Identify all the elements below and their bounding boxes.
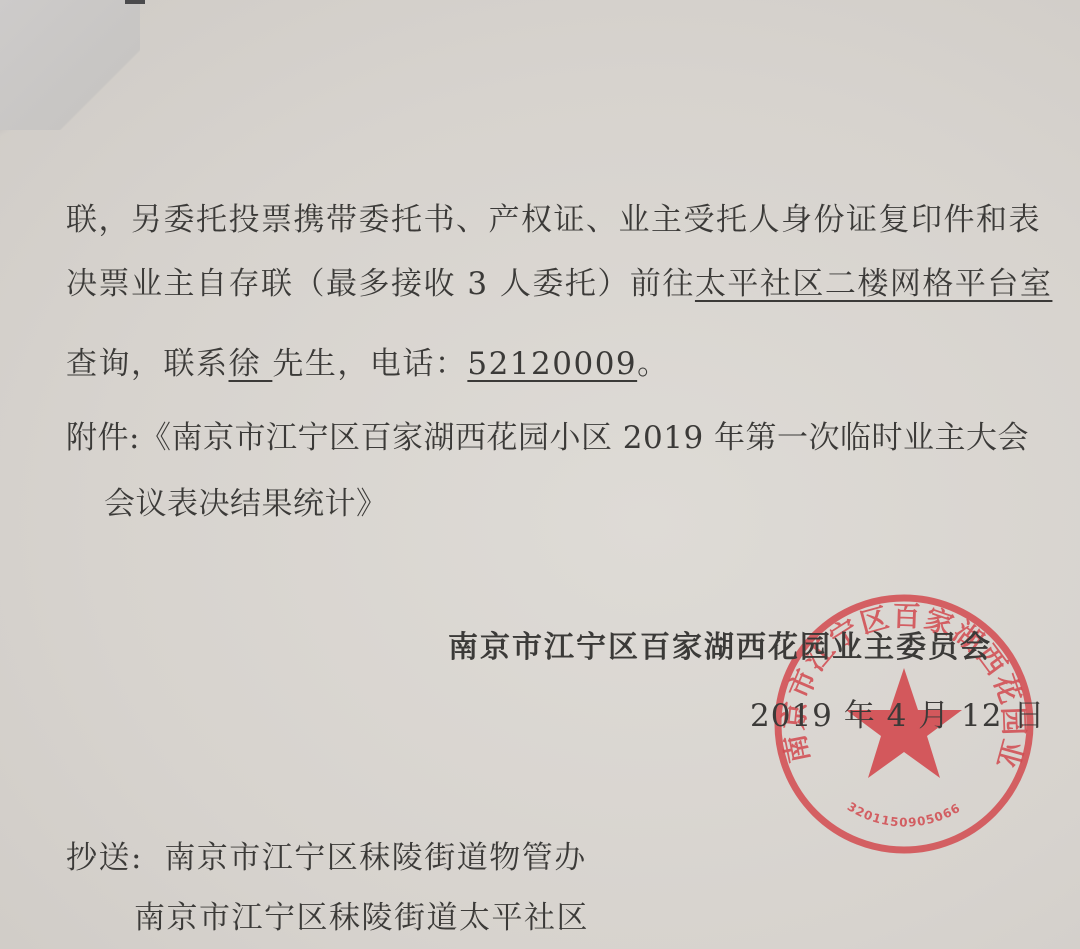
location-underlined: 太平社区二楼网格平台室 xyxy=(695,266,1053,302)
cc-label: 抄送: xyxy=(66,840,143,876)
cc-recipient: 南京市江宁区秣陵街道太平社区 xyxy=(134,900,589,936)
signature-date: 2019 年 4 月 12 日 xyxy=(750,696,1045,736)
phone-number-underlined: 52120009 xyxy=(467,346,637,382)
issue-date: 2019 年 4 月 12 日 xyxy=(750,698,1045,734)
cc-line-2: 南京市江宁区秣陵街道太平社区 xyxy=(134,898,589,938)
folded-corner xyxy=(0,0,140,130)
attachment-line-2: 会议表决结果统计》 xyxy=(104,484,388,524)
attachment-label: 附件: xyxy=(66,420,140,456)
attachment-line-1: 附件:《南京市江宁区百家湖西花园小区 2019 年第一次临时业主大会 xyxy=(66,418,1029,458)
folded-corner-edge xyxy=(125,0,145,4)
svg-text:3201150905066: 3201150905066 xyxy=(845,799,963,829)
attachment-title: 《南京市江宁区百家湖西花园小区 2019 年第一次临时业主大会 xyxy=(140,420,1029,456)
cc-recipient: 南京市江宁区秣陵街道物管办 xyxy=(164,840,587,876)
cc-line-1: 抄送: 南京市江宁区秣陵街道物管办 xyxy=(66,838,587,878)
body-text: 先生，电话： xyxy=(272,346,467,382)
body-text: 查询，联系 xyxy=(66,346,229,382)
attachment-title: 会议表决结果统计》 xyxy=(104,486,388,522)
organization-name: 南京市江宁区百家湖西花园业主委员会 xyxy=(448,630,992,665)
signature-organization: 南京市江宁区百家湖西花园业主委员会 xyxy=(448,628,992,668)
body-line-2: 决票业主自存联（最多接收 3 人委托）前往太平社区二楼网格平台室 xyxy=(66,264,1052,304)
body-line-1: 联，另委托投票携带委托书、产权证、业主受托人身份证复印件和表 xyxy=(66,200,1041,240)
body-text: 决票业主自存联（最多接收 3 人委托）前往 xyxy=(66,266,695,302)
contact-name-underlined: 徐 xyxy=(229,346,273,382)
body-line-3: 查询，联系徐 先生，电话：52120009。 xyxy=(66,344,670,384)
body-text: 联，另委托投票携带委托书、产权证、业主受托人身份证复印件和表 xyxy=(66,202,1041,238)
body-text: 。 xyxy=(637,346,670,382)
